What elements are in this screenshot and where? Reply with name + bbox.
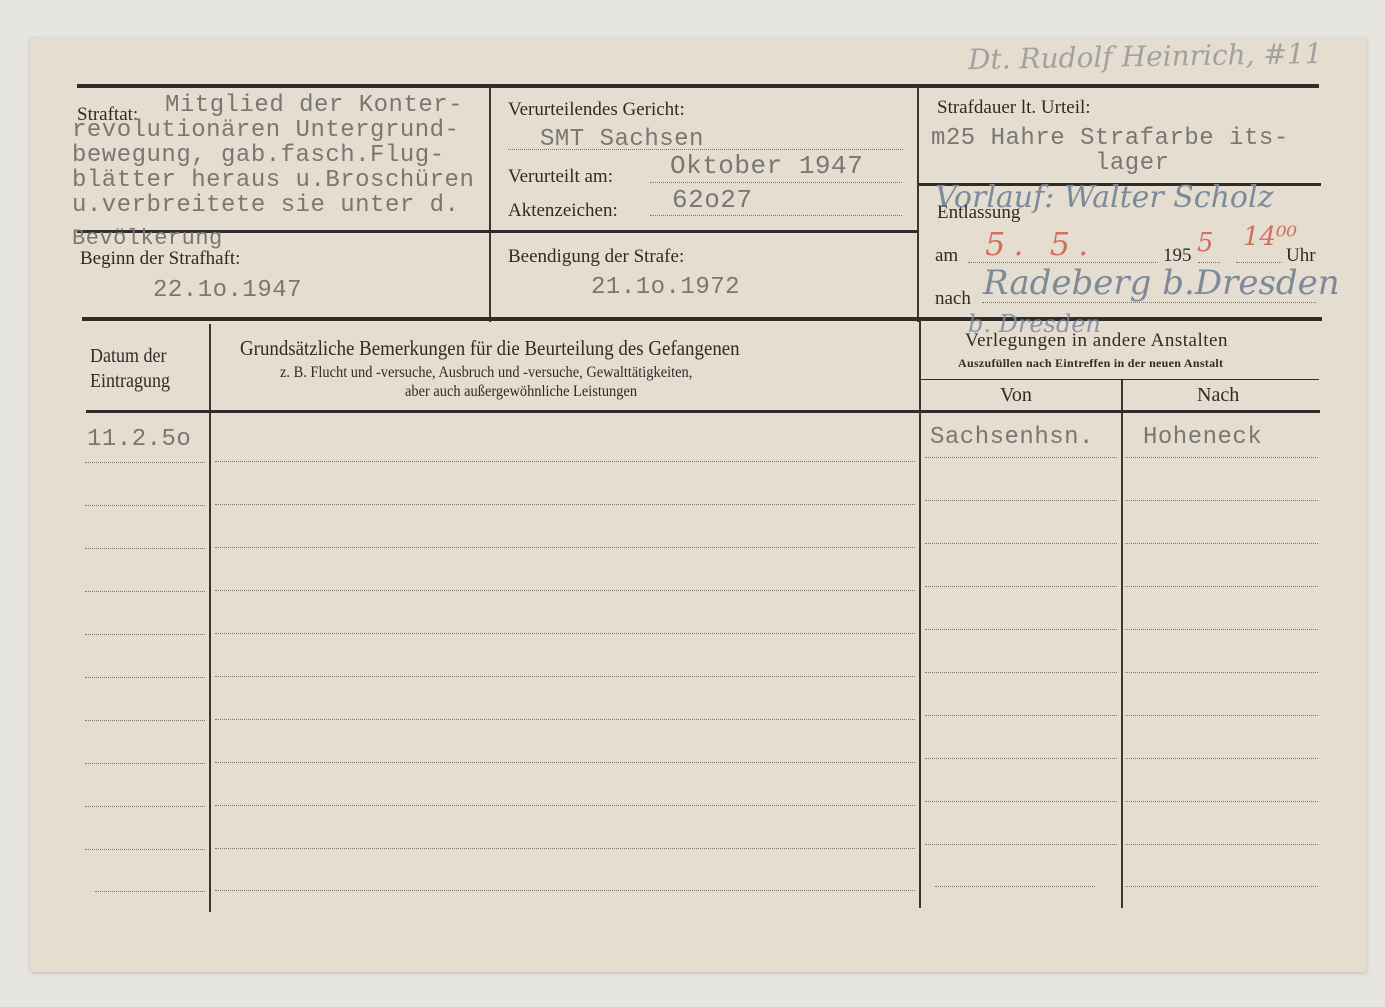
release-year-suffix: 5 xyxy=(1197,228,1214,258)
file-dotted-line xyxy=(650,215,902,216)
divider-remarks-transfers xyxy=(919,320,921,908)
release-label: Entlassung xyxy=(937,202,1020,224)
col-to-header: Nach xyxy=(1197,384,1239,407)
divider-from-to xyxy=(1121,380,1123,908)
row-1-from: Sachsenhsn. xyxy=(930,424,1094,451)
handwritten-header: Dt. Rudolf Heinrich, #11 xyxy=(968,37,1323,76)
release-destination: Radeberg b.Dresden xyxy=(983,263,1340,303)
sentenced-label: Verurteilt am: xyxy=(508,166,613,188)
col-date-header-1: Datum der xyxy=(90,345,166,368)
col-from-header: Von xyxy=(1000,384,1032,407)
start-label: Beginn der Strafhaft: xyxy=(80,248,240,270)
col-remarks-sub-2: aber auch außergewöhnliche Leistungen xyxy=(405,383,637,401)
offense-line-5: u.verbreitete sie unter d. xyxy=(72,192,459,219)
offense-line-4: blätter heraus u.Broschüren xyxy=(72,167,474,194)
offense-line-1: Mitglied der Konter- xyxy=(165,92,463,119)
release-nach-label: nach xyxy=(935,288,971,310)
sentenced-value: Oktober 1947 xyxy=(670,151,863,181)
start-value: 22.1o.1947 xyxy=(153,277,302,304)
col-remarks-title: Grundsätzliche Bemerkungen für die Beurt… xyxy=(240,336,740,361)
row-1-date: 11.2.5o xyxy=(87,426,191,453)
release-date: 5. 5. xyxy=(985,225,1096,263)
end-label: Beendigung der Strafe: xyxy=(508,246,684,268)
file-number-value: 62o27 xyxy=(672,185,753,215)
end-value: 21.1o.1972 xyxy=(591,274,740,301)
col-date-header-2: Eintragung xyxy=(90,370,170,393)
divider-court-duration xyxy=(917,86,919,322)
file-number-label: Aktenzeichen: xyxy=(508,200,618,222)
release-nach-dotted xyxy=(982,302,1316,303)
transfers-subtitle: Auszufüllen nach Eintreffen in der neuen… xyxy=(958,356,1223,371)
col-remarks-sub-1: z. B. Flucht und -versuche, Ausbruch und… xyxy=(280,364,692,382)
sentenced-dotted-line xyxy=(650,182,902,183)
duration-line-2: lager xyxy=(1095,150,1170,177)
release-am-label: am xyxy=(935,245,958,267)
divider-offense-court xyxy=(489,86,491,322)
row-1-to: Hoheneck xyxy=(1143,424,1262,451)
table-top-rule xyxy=(82,317,1322,321)
transfers-sub-rule xyxy=(921,379,1319,380)
duration-line-1: m25 Hahre Strafarbe its- xyxy=(931,125,1289,152)
transfers-title: Verlegungen in andere Anstalten xyxy=(965,330,1228,352)
top-rule xyxy=(77,84,1319,88)
duration-label: Strafdauer lt. Urteil: xyxy=(937,97,1091,119)
court-label: Verurteilendes Gericht: xyxy=(508,99,685,121)
offense-line-2: revolutionären Untergrund- xyxy=(72,117,459,144)
table-header-rule xyxy=(86,410,1320,413)
court-dotted-line xyxy=(508,149,903,150)
offense-line-3: bewegung, gab.fasch.Flug- xyxy=(72,142,445,169)
